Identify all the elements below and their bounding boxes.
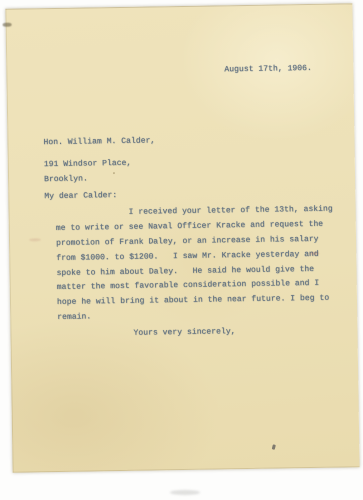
letter-body: I received your letter of the 13th, aski… [56,205,343,329]
faint-stain [29,238,41,241]
letter-paper: August 17th, 1906. Hon. William M. Calde… [5,3,359,472]
scanned-letter-page: August 17th, 1906. Hon. William M. Calde… [0,0,363,500]
recipient-city: Brooklyn. [44,174,88,184]
paper-speck [113,172,115,174]
ink-fleck-mark [272,444,276,450]
letter-salutation: My dear Calder: [44,191,117,201]
letter-date: August 17th, 1906. [224,64,312,74]
edge-smudge-mark [3,23,12,27]
body-line: remain. [57,309,342,328]
recipient-street: 191 Windsor Place, [44,159,132,169]
scanner-smudge [170,490,200,495]
recipient-name: Hon. William M. Calder, [43,136,155,147]
letter-closing: Yours very sincerely, [133,327,235,338]
